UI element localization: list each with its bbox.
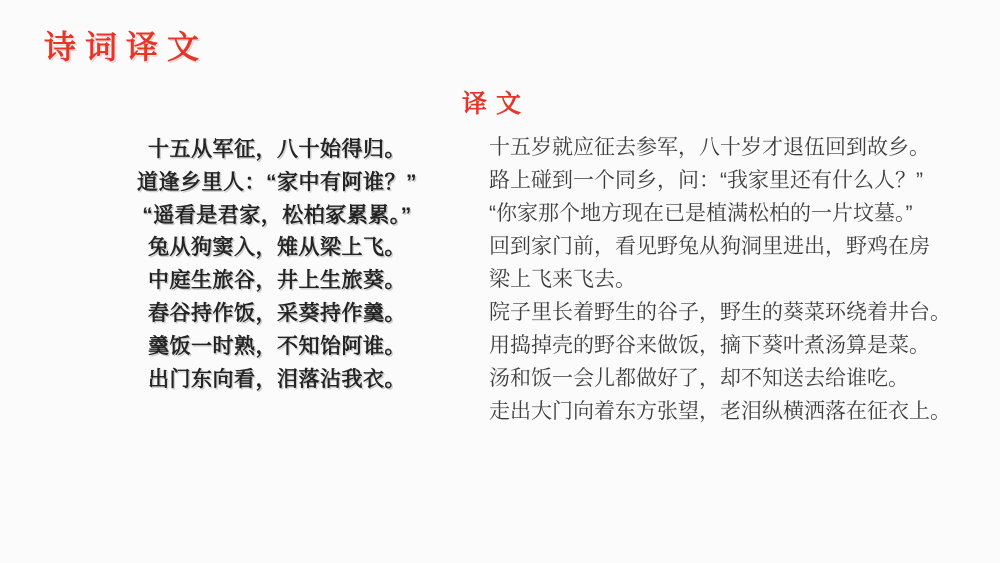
poem-line: 中庭生旅谷，井上生旅葵。 <box>108 265 446 298</box>
poem-line: 舂谷持作饭，采葵持作羹。 <box>108 298 446 331</box>
translation-line: 回到家门前，看见野兔从狗洞里进出，野鸡在房 <box>489 230 989 263</box>
poem-line: “遥看是君家，松柏冢累累。” <box>108 200 446 233</box>
page-title: 诗词译文 <box>44 22 208 68</box>
poem-line: 十五从军征，八十始得归。 <box>108 134 446 167</box>
poem-line: 出门东向看，泪落沾我衣。 <box>108 364 446 397</box>
translation-line: 汤和饭一会儿都做好了，却不知送去给谁吃。 <box>489 362 989 395</box>
poem-line: 兔从狗窦入，雉从梁上飞。 <box>108 232 446 265</box>
poem-line: 道逢乡里人：“家中有阿谁？” <box>108 167 446 200</box>
translation-line: 用捣掉壳的野谷来做饭，摘下葵叶煮汤算是菜。 <box>489 329 989 362</box>
translation-line: “你家那个地方现在已是植满松柏的一片坟墓。” <box>489 197 989 230</box>
translation-line: 走出大门向着东方张望，老泪纵横洒落在征衣上。 <box>489 395 989 428</box>
translation-line: 路上碰到一个同乡，问：“我家里还有什么人？” <box>489 164 989 197</box>
translation-line: 十五岁就应征去参军，八十岁才退伍回到故乡。 <box>489 131 989 164</box>
translation-block: 十五岁就应征去参军，八十岁才退伍回到故乡。 路上碰到一个同乡，问：“我家里还有什… <box>489 131 989 428</box>
translation-heading: 译文 <box>462 84 530 120</box>
translation-line: 梁上飞来飞去。 <box>489 263 989 296</box>
slide: 诗词译文 译文 十五从军征，八十始得归。 道逢乡里人：“家中有阿谁？” “遥看是… <box>0 0 1000 563</box>
poem-block: 十五从军征，八十始得归。 道逢乡里人：“家中有阿谁？” “遥看是君家，松柏冢累累… <box>108 134 446 396</box>
poem-line: 羹饭一时熟，不知饴阿谁。 <box>108 331 446 364</box>
translation-line: 院子里长着野生的谷子，野生的葵菜环绕着井台。 <box>489 296 989 329</box>
